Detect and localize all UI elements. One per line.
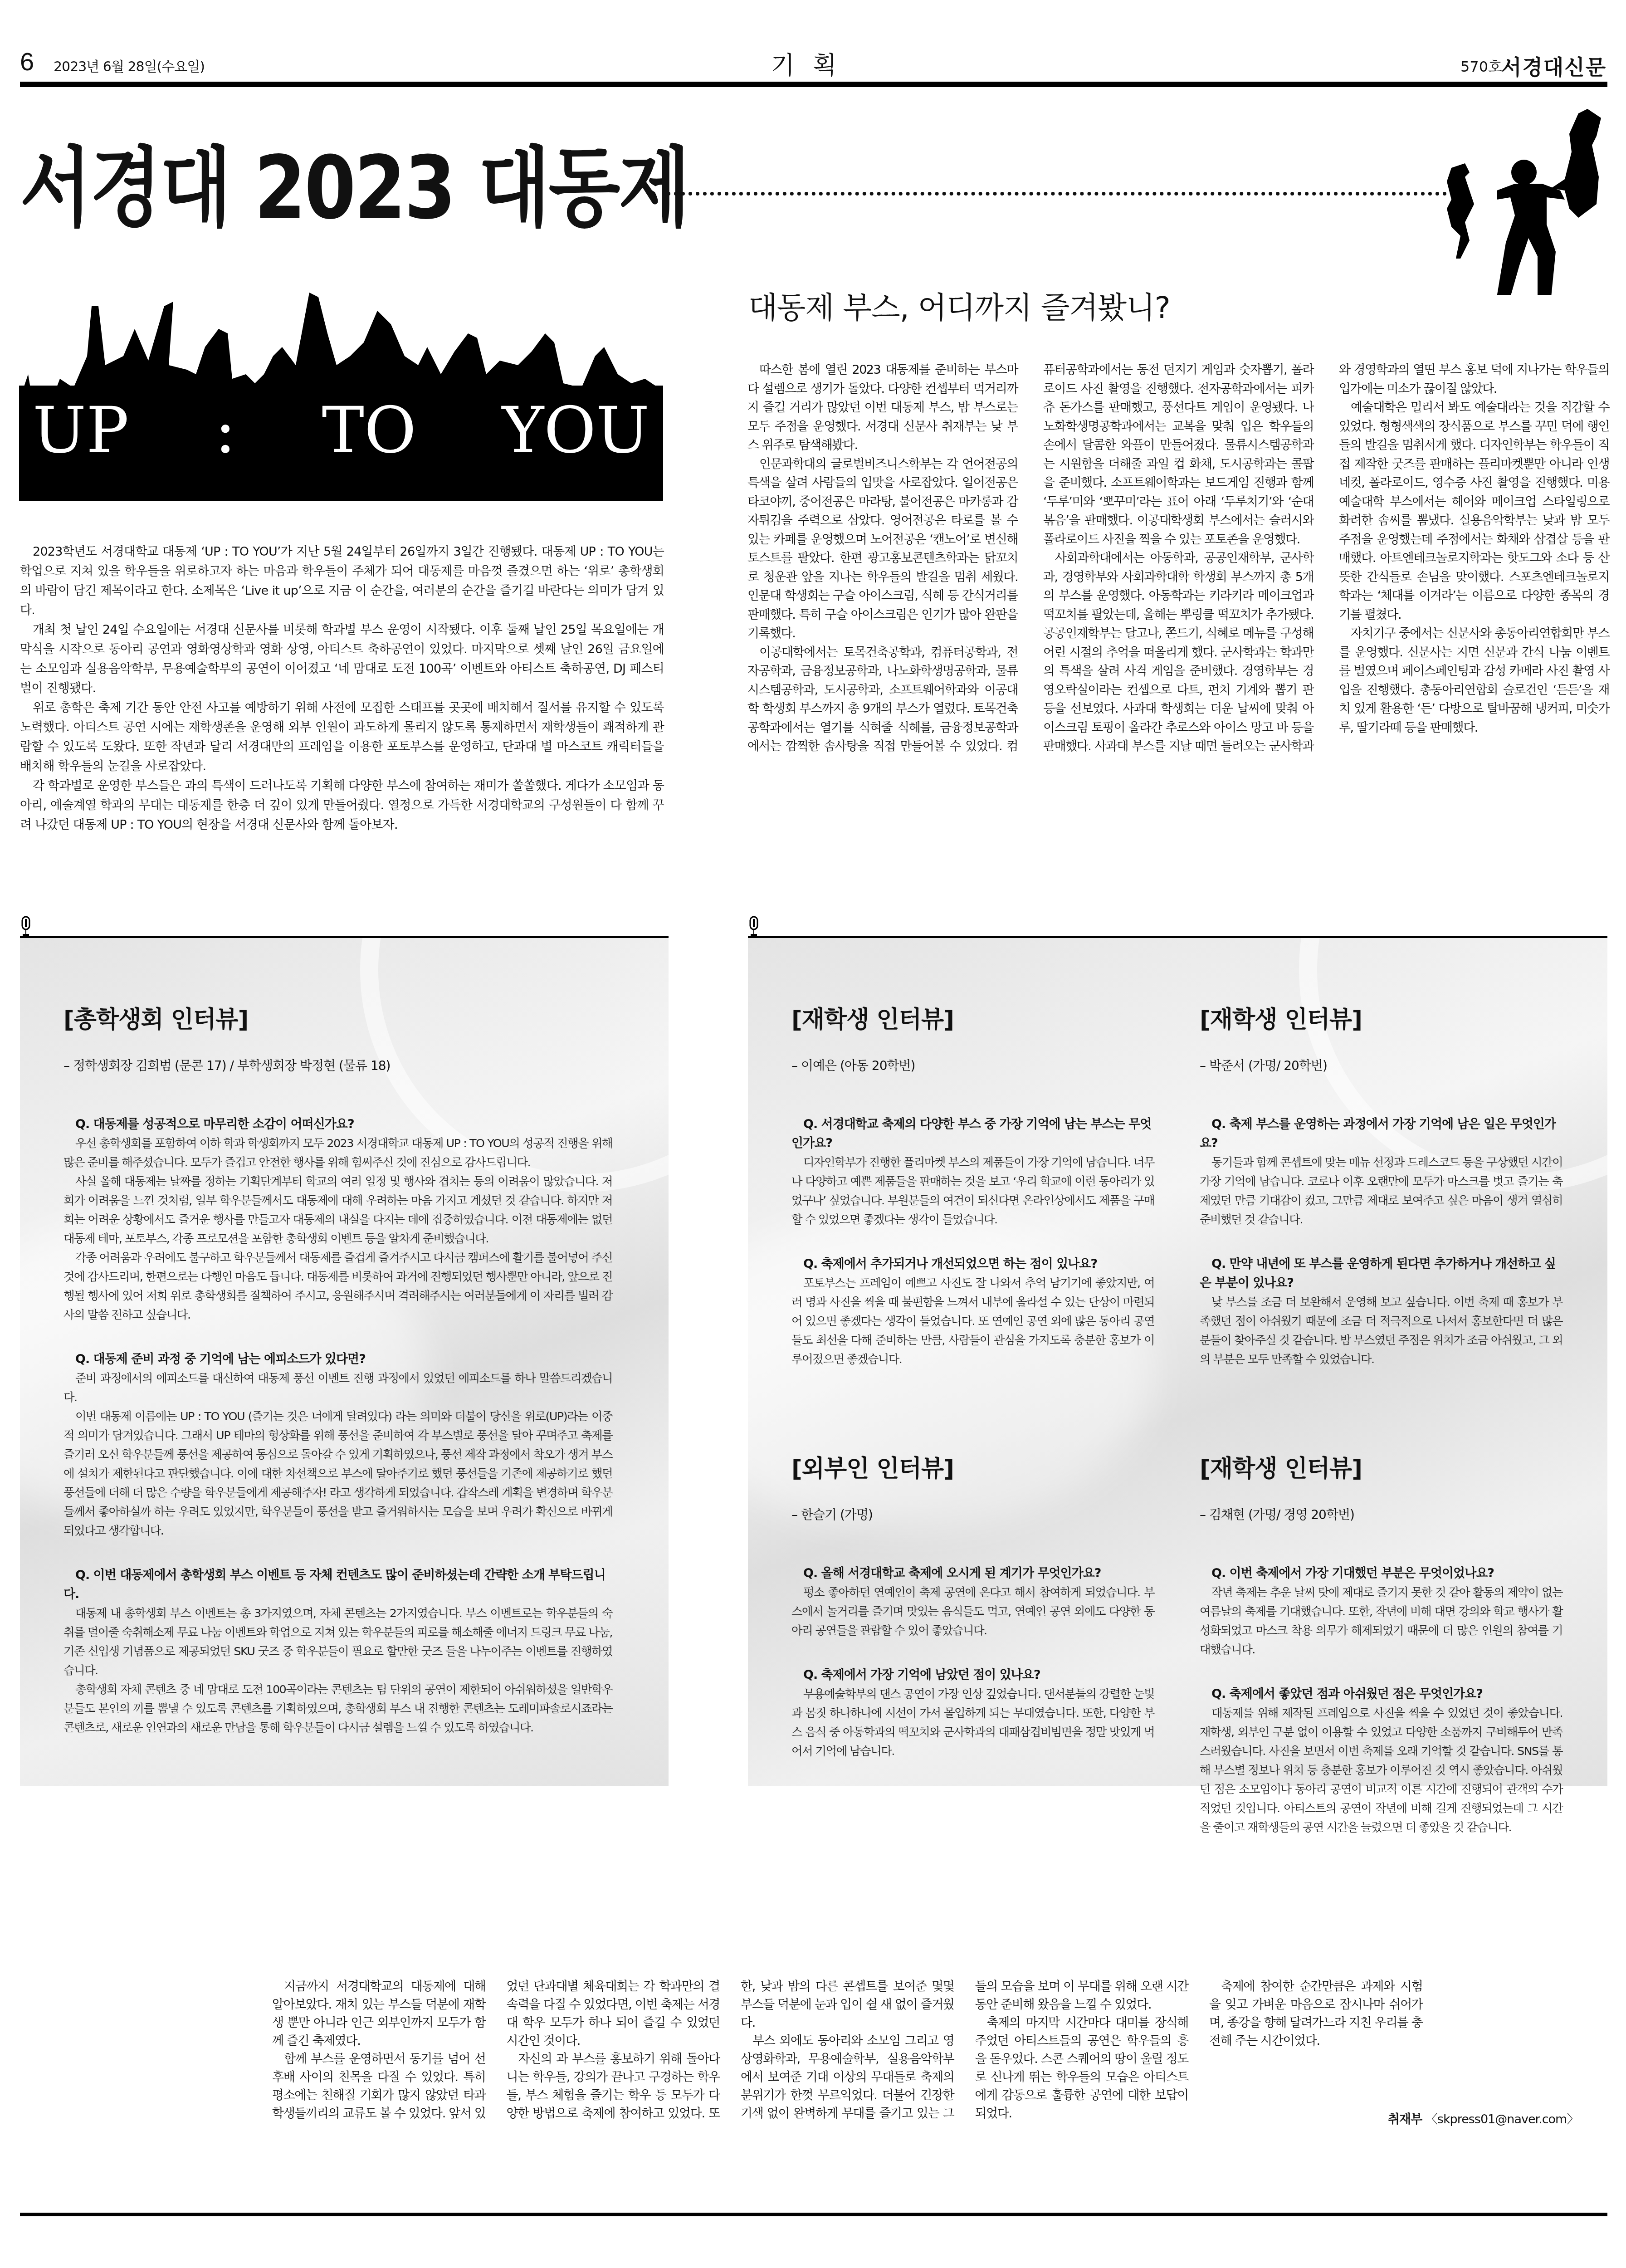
newspaper-logo: 서경대신문 <box>1501 51 1606 81</box>
interview-answer: 디자인학부가 진행한 플리마켓 부스의 제품들이 가장 기억에 남습니다. 너무… <box>791 1153 1154 1229</box>
intro-paragraph: 2023학년도 서경대학교 대동제 ‘UP : TO YOU’가 지난 5월 2… <box>20 542 664 620</box>
interview-question: Q. 축제에서 추가되거나 개선되었으면 하는 점이 있나요? <box>791 1255 1154 1274</box>
interview-answer: 이번 대동제 이름에는 UP : TO YOU (즐기는 것은 너에게 달려있다… <box>63 1407 612 1540</box>
interview-title: [재학생 인터뷰] <box>1200 1000 1563 1034</box>
byline-name: 취재부 <box>1388 2112 1422 2126</box>
interview-answer: 각종 어려움과 우려에도 불구하고 학우분들께서 대동제를 즐겁게 즐겨주시고 … <box>63 1248 612 1325</box>
interview-subtitle: – 한슬기 (가명) <box>791 1505 1154 1523</box>
footer-rule <box>20 2213 1607 2216</box>
microphone-icon <box>21 916 31 936</box>
booth-article-body: 따스한 봄에 열린 2023 대동제를 준비하는 부스마다 설렘으로 생기가 돌… <box>747 361 1609 855</box>
issue-date: 2023년 6월 28일(수요일) <box>54 55 205 75</box>
banner-word: UP <box>33 399 129 463</box>
interview-question: Q. 축제에서 가장 기억에 남았던 점이 있나요? <box>791 1666 1154 1685</box>
interview-student-3: [재학생 인터뷰] – 김채현 (가명/ 경영 20학번) Q. 이번 축제에서… <box>1200 1449 1563 1837</box>
booth-article-title: 대동제 부스, 어디까지 즐겨봤니? <box>748 283 1170 327</box>
intro-paragraph: 각 학과별로 운영한 부스들은 과의 특색이 드러나도록 기획해 다양한 부스에… <box>20 776 664 835</box>
interview-answer: 평소 좋아하던 연예인이 축제 공연에 온다고 해서 참여하게 되었습니다. 부… <box>791 1583 1154 1640</box>
issue-number: 570호 <box>1460 55 1502 76</box>
title-dotted-line <box>667 192 1447 196</box>
interview-title: [총학생회 인터뷰] <box>63 1000 612 1034</box>
interview-answer: 작년 축제는 추운 날씨 탓에 제대로 즐기지 못한 것 같아 활동의 제약이 … <box>1200 1583 1563 1659</box>
intro-paragraph: 개최 첫 날인 24일 수요일에는 서경대 신문사를 비롯해 학과별 부스 운영… <box>20 620 664 698</box>
banner-word: TO <box>322 399 416 463</box>
byline: 취재부 〈skpress01@naver.com〉 <box>1388 2109 1578 2127</box>
interview-student-council: [총학생회 인터뷰] – 정학생회장 김희범 (문콘 17) / 부학생회장 박… <box>63 1000 612 1737</box>
booth-paragraph: 예술대학은 멀리서 봐도 예술대라는 것을 직감할 수 있었다. 형형색색의 장… <box>1339 398 1609 624</box>
conclusion-paragraph: 축제에 참여한 순간만큼은 과제와 시험을 잊고 가벼운 마음으로 잠시나마 쉬… <box>1209 1978 1423 2050</box>
banner-word: YOU <box>502 399 649 463</box>
interview-question: Q. 축제 부스를 운영하는 과정에서 가장 기억에 남은 일은 무엇인가요? <box>1200 1115 1563 1153</box>
interview-question: Q. 대동제를 성공적으로 마무리한 소감이 어떠신가요? <box>63 1115 612 1134</box>
interview-answer: 우선 총학생회를 포함하여 이하 학과 학생회까지 모두 2023 서경대학교 … <box>63 1134 612 1172</box>
interview-question: Q. 축제에서 좋았던 점과 아쉬웠던 점은 무엇인가요? <box>1200 1685 1563 1704</box>
interview-subtitle: – 정학생회장 김희범 (문콘 17) / 부학생회장 박정현 (물류 18) <box>63 1056 612 1074</box>
interview-answer: 낮 부스를 조금 더 보완해서 운영해 보고 싶습니다. 이번 축제 때 홍보가… <box>1200 1293 1563 1369</box>
microphone-icon <box>749 916 759 936</box>
interview-subtitle: – 김채현 (가명/ 경영 20학번) <box>1200 1505 1563 1523</box>
interview-question: Q. 만약 내년에 또 부스를 운영하게 된다면 추가하거나 개선하고 싶은 부… <box>1200 1255 1563 1293</box>
byline-email: 〈skpress01@naver.com〉 <box>1426 2112 1579 2126</box>
feature-title: 서경대 2023 대동제 <box>20 145 688 231</box>
page-number: 6 <box>20 49 34 74</box>
banner-word: : <box>215 399 236 463</box>
interview-answer: 대동제를 위해 제작된 프레임으로 사진을 찍을 수 있었던 것이 좋았습니다.… <box>1200 1704 1563 1837</box>
interview-question: Q. 이번 대동제에서 총학생회 부스 이벤트 등 자체 컨텐츠도 많이 준비하… <box>63 1566 612 1604</box>
conclusion-paragraph: 지금까지 서경대학교의 대동제에 대해 알아보았다. 재치 있는 부스들 덕분에… <box>272 1978 486 2050</box>
booth-paragraph: 자치기구 중에서는 신문사와 총동아리연합회만 부스를 운영했다. 신문사는 지… <box>1339 624 1609 737</box>
interview-question: Q. 이번 축제에서 가장 기대했던 부분은 무엇이었나요? <box>1200 1564 1563 1583</box>
booth-paragraph: 따스한 봄에 열린 2023 대동제를 준비하는 부스마다 설렘으로 생기가 돌… <box>747 361 1018 455</box>
interview-question: Q. 올해 서경대학교 축제에 오시게 된 계기가 무엇인가요? <box>791 1564 1154 1583</box>
interview-student-1: [재학생 인터뷰] – 이예은 (아동 20학번) Q. 서경대학교 축제의 다… <box>791 1000 1154 1369</box>
booth-paragraph: 인문과학대의 글로벌비즈니스학부는 각 언어전공의 특색을 살려 사람들의 입맛… <box>747 455 1018 643</box>
dancer-silhouettes-image <box>1442 104 1619 295</box>
interview-visitor: [외부인 인터뷰] – 한슬기 (가명) Q. 올해 서경대학교 축제에 오시게… <box>791 1449 1154 1761</box>
interview-answer: 동기들과 함께 콘셉트에 맞는 메뉴 선정과 드레스코드 등을 구상했던 시간이… <box>1200 1153 1563 1229</box>
intro-paragraph: 위로 총학은 축제 기간 동안 안전 사고를 예방하기 위해 사전에 모집한 스… <box>20 698 664 776</box>
banner-text: UP : TO YOU <box>19 399 663 463</box>
interview-answer: 총학생회 자체 콘텐츠 중 네 맘대로 도전 100곡이라는 콘텐츠는 팀 단위… <box>63 1680 612 1737</box>
interview-title: [재학생 인터뷰] <box>1200 1449 1563 1483</box>
interview-student-2: [재학생 인터뷰] – 박준서 (가명/ 20학번) Q. 축제 부스를 운영하… <box>1200 1000 1563 1369</box>
interview-answer: 무용예술학부의 댄스 공연이 가장 인상 깊었습니다. 댄서분들의 강렬한 눈빛… <box>791 1685 1154 1761</box>
interview-subtitle: – 이예은 (아동 20학번) <box>791 1056 1154 1074</box>
conclusion-body: 지금까지 서경대학교의 대동제에 대해 알아보았다. 재치 있는 부스들 덕분에… <box>272 1978 1188 2132</box>
intro-text: 2023학년도 서경대학교 대동제 ‘UP : TO YOU’가 지난 5월 2… <box>20 542 664 835</box>
header-rule <box>20 82 1607 87</box>
interview-answer: 준비 과정에서의 에피소드를 대신하여 대동제 풍선 이벤트 진행 과정에서 있… <box>63 1369 612 1407</box>
interview-question: Q. 서경대학교 축제의 다양한 부스 중 가장 기억에 남는 부스는 무엇인가… <box>791 1115 1154 1153</box>
interview-answer: 대동제 내 총학생회 부스 이벤트는 총 3가지였으며, 자체 콘텐츠는 2가지… <box>63 1604 612 1680</box>
interview-question: Q. 대동제 준비 과정 중 기억에 남는 에피소드가 있다면? <box>63 1350 612 1369</box>
section-label: 기획 <box>771 46 855 81</box>
interview-subtitle: – 박준서 (가명/ 20학번) <box>1200 1056 1563 1074</box>
interview-answer: 포토부스는 프레임이 예쁘고 사진도 잘 나와서 추억 남기기에 좋았지만, 여… <box>791 1274 1154 1369</box>
interview-answer: 사실 올해 대동제는 날짜를 정하는 기획단계부터 학교의 여러 일정 및 행사… <box>63 1172 612 1248</box>
interview-title: [재학생 인터뷰] <box>791 1000 1154 1034</box>
interview-title: [외부인 인터뷰] <box>791 1449 1154 1483</box>
conclusion-paragraph: 축제의 마지막 시간마다 대미를 장식해 주었던 아티스트들의 공연은 학우들의… <box>975 2014 1189 2123</box>
